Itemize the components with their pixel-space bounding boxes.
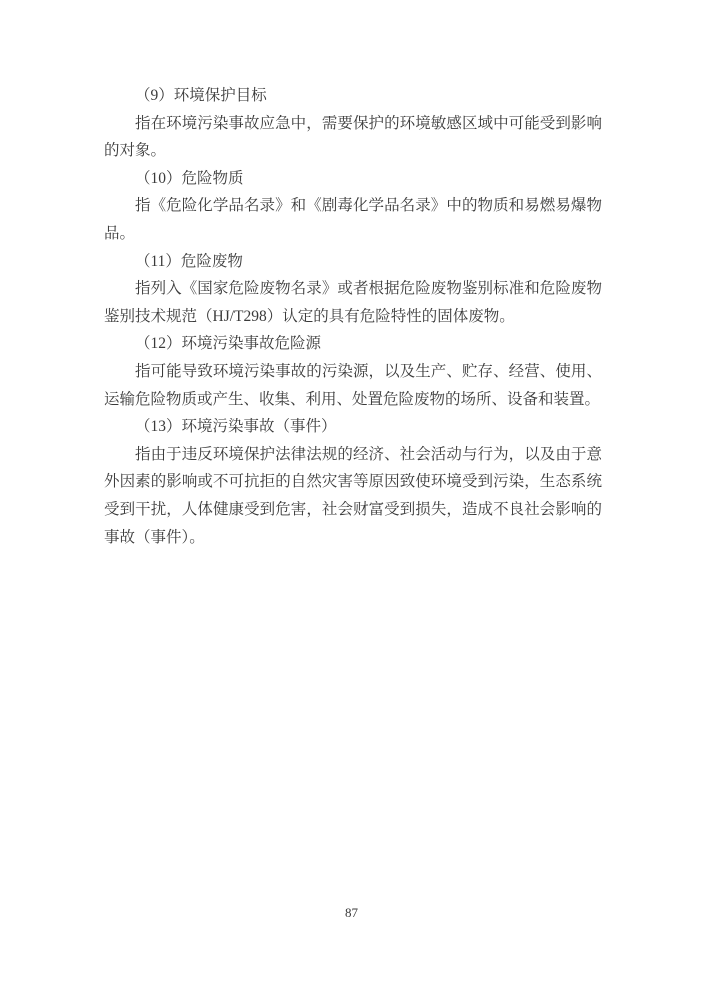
definition-heading: （10）危险物质 [104, 165, 602, 193]
document-body: （9）环境保护目标 指在环境污染事故应急中，需要保护的环境敏感区域中可能受到影响… [104, 82, 602, 551]
page-number: 87 [0, 905, 703, 921]
definition-heading: （9）环境保护目标 [104, 82, 602, 110]
definition-body: 指在环境污染事故应急中，需要保护的环境敏感区域中可能受到影响的对象。 [104, 110, 602, 165]
definition-heading: （13）环境污染事故（事件） [104, 413, 602, 441]
definition-body: 指由于违反环境保护法律法规的经济、社会活动与行为，以及由于意外因素的影响或不可抗… [104, 441, 602, 551]
definition-heading: （11）危险废物 [104, 248, 602, 276]
definition-body: 指《危险化学品名录》和《剧毒化学品名录》中的物质和易燃易爆物品。 [104, 192, 602, 247]
document-page: （9）环境保护目标 指在环境污染事故应急中，需要保护的环境敏感区域中可能受到影响… [0, 0, 703, 994]
definition-body: 指可能导致环境污染事故的污染源，以及生产、贮存、经营、使用、运输危险物质或产生、… [104, 358, 602, 413]
definition-body: 指列入《国家危险废物名录》或者根据危险废物鉴别标准和危险废物鉴别技术规范（HJ/… [104, 275, 602, 330]
definition-heading: （12）环境污染事故危险源 [104, 330, 602, 358]
